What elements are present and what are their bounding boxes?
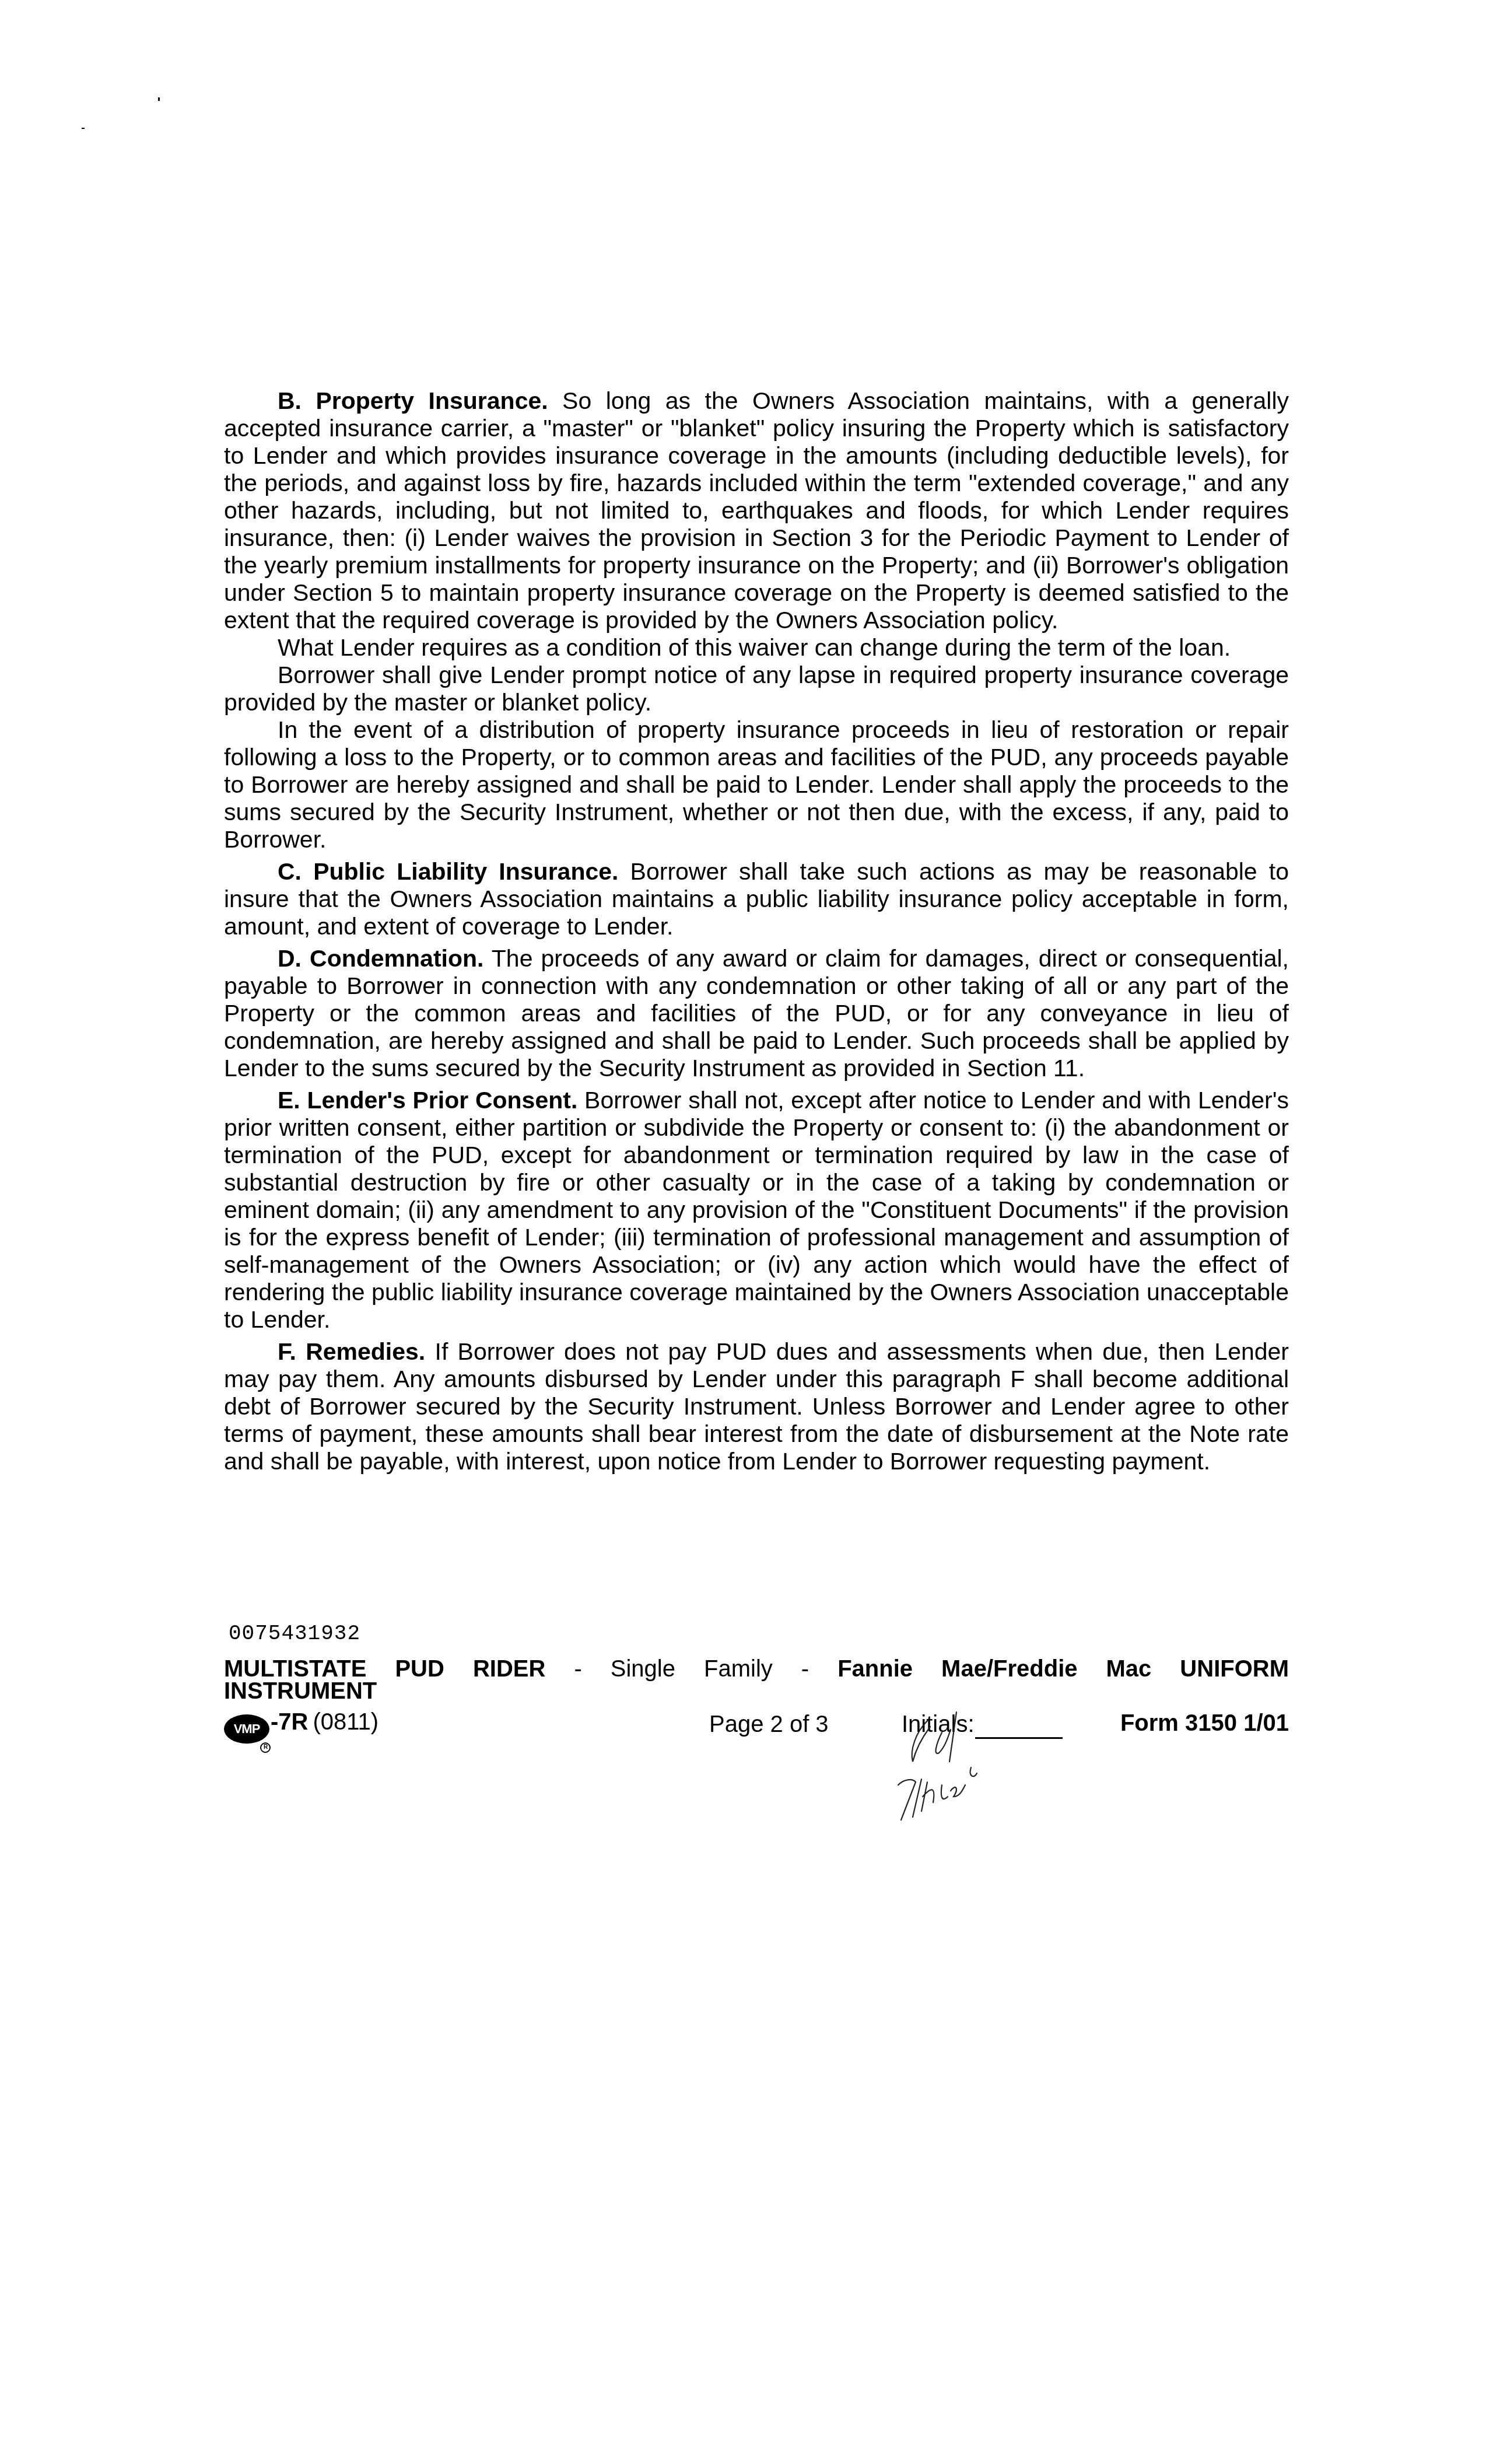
separator: - xyxy=(545,1656,610,1682)
registered-mark-icon: R xyxy=(260,1742,271,1753)
scan-speck xyxy=(158,97,160,101)
footer-row: VMPR -7R (0811) Page 2 of 3 Initials: Fo… xyxy=(224,1706,1289,1741)
form-footer: MULTISTATE PUD RIDER - Single Family - F… xyxy=(224,1658,1289,1741)
form-code: -7R xyxy=(271,1709,308,1735)
paragraph-condemnation: D. Condemnation. The proceeds of any awa… xyxy=(224,945,1289,1082)
paragraph-text: What Lender requires as a condition of t… xyxy=(278,634,1231,661)
paragraph-text: Borrower shall give Lender prompt notice… xyxy=(224,661,1289,716)
paragraph-text: In the event of a distribution of proper… xyxy=(224,716,1289,853)
scan-speck xyxy=(82,128,85,129)
section-heading-f: F. Remedies. xyxy=(278,1338,425,1365)
separator: - xyxy=(773,1656,837,1682)
form-title-instrument: INSTRUMENT xyxy=(224,1680,1289,1702)
vmp-form-code: VMPR -7R (0811) xyxy=(224,1709,378,1740)
form-number: Form 3150 1/01 xyxy=(1120,1710,1289,1737)
section-heading-b: B. Property Insurance. xyxy=(278,387,548,414)
section-heading-e: E. Lender's Prior Consent. xyxy=(278,1087,577,1114)
vmp-logo-icon: VMPR xyxy=(224,1714,269,1744)
handwritten-initials-icon xyxy=(886,1709,1079,1826)
paragraph-prior-consent: E. Lender's Prior Consent. Borrower shal… xyxy=(224,1087,1289,1333)
paragraph-public-liability: C. Public Liability Insurance. Borrower … xyxy=(224,858,1289,940)
loan-number: 0075431932 xyxy=(229,1622,360,1646)
paragraph-text: Borrower shall not, except after notice … xyxy=(224,1087,1289,1333)
paragraph-proceeds-distribution: In the event of a distribution of proper… xyxy=(224,716,1289,853)
paragraph-waiver-change: What Lender requires as a condition of t… xyxy=(224,634,1289,661)
paragraph-lapse-notice: Borrower shall give Lender prompt notice… xyxy=(224,661,1289,716)
form-revision-date: (0811) xyxy=(313,1709,378,1735)
form-title: MULTISTATE PUD RIDER - Single Family - F… xyxy=(224,1658,1289,1680)
section-heading-d: D. Condemnation. xyxy=(278,945,483,972)
page-indicator: Page 2 of 3 xyxy=(709,1711,829,1738)
form-title-family: Single Family xyxy=(611,1656,773,1682)
vmp-logo-text: VMP xyxy=(234,1721,260,1737)
paragraph-property-insurance: B. Property Insurance. So long as the Ow… xyxy=(224,387,1289,634)
paragraph-text: So long as the Owners Association mainta… xyxy=(224,387,1289,633)
paragraph-remedies: F. Remedies. If Borrower does not pay PU… xyxy=(224,1338,1289,1475)
form-title-uniform: Fannie Mae/Freddie Mac UNIFORM xyxy=(837,1656,1289,1682)
section-heading-c: C. Public Liability Insurance. xyxy=(278,858,618,885)
document-body: B. Property Insurance. So long as the Ow… xyxy=(224,387,1289,1480)
